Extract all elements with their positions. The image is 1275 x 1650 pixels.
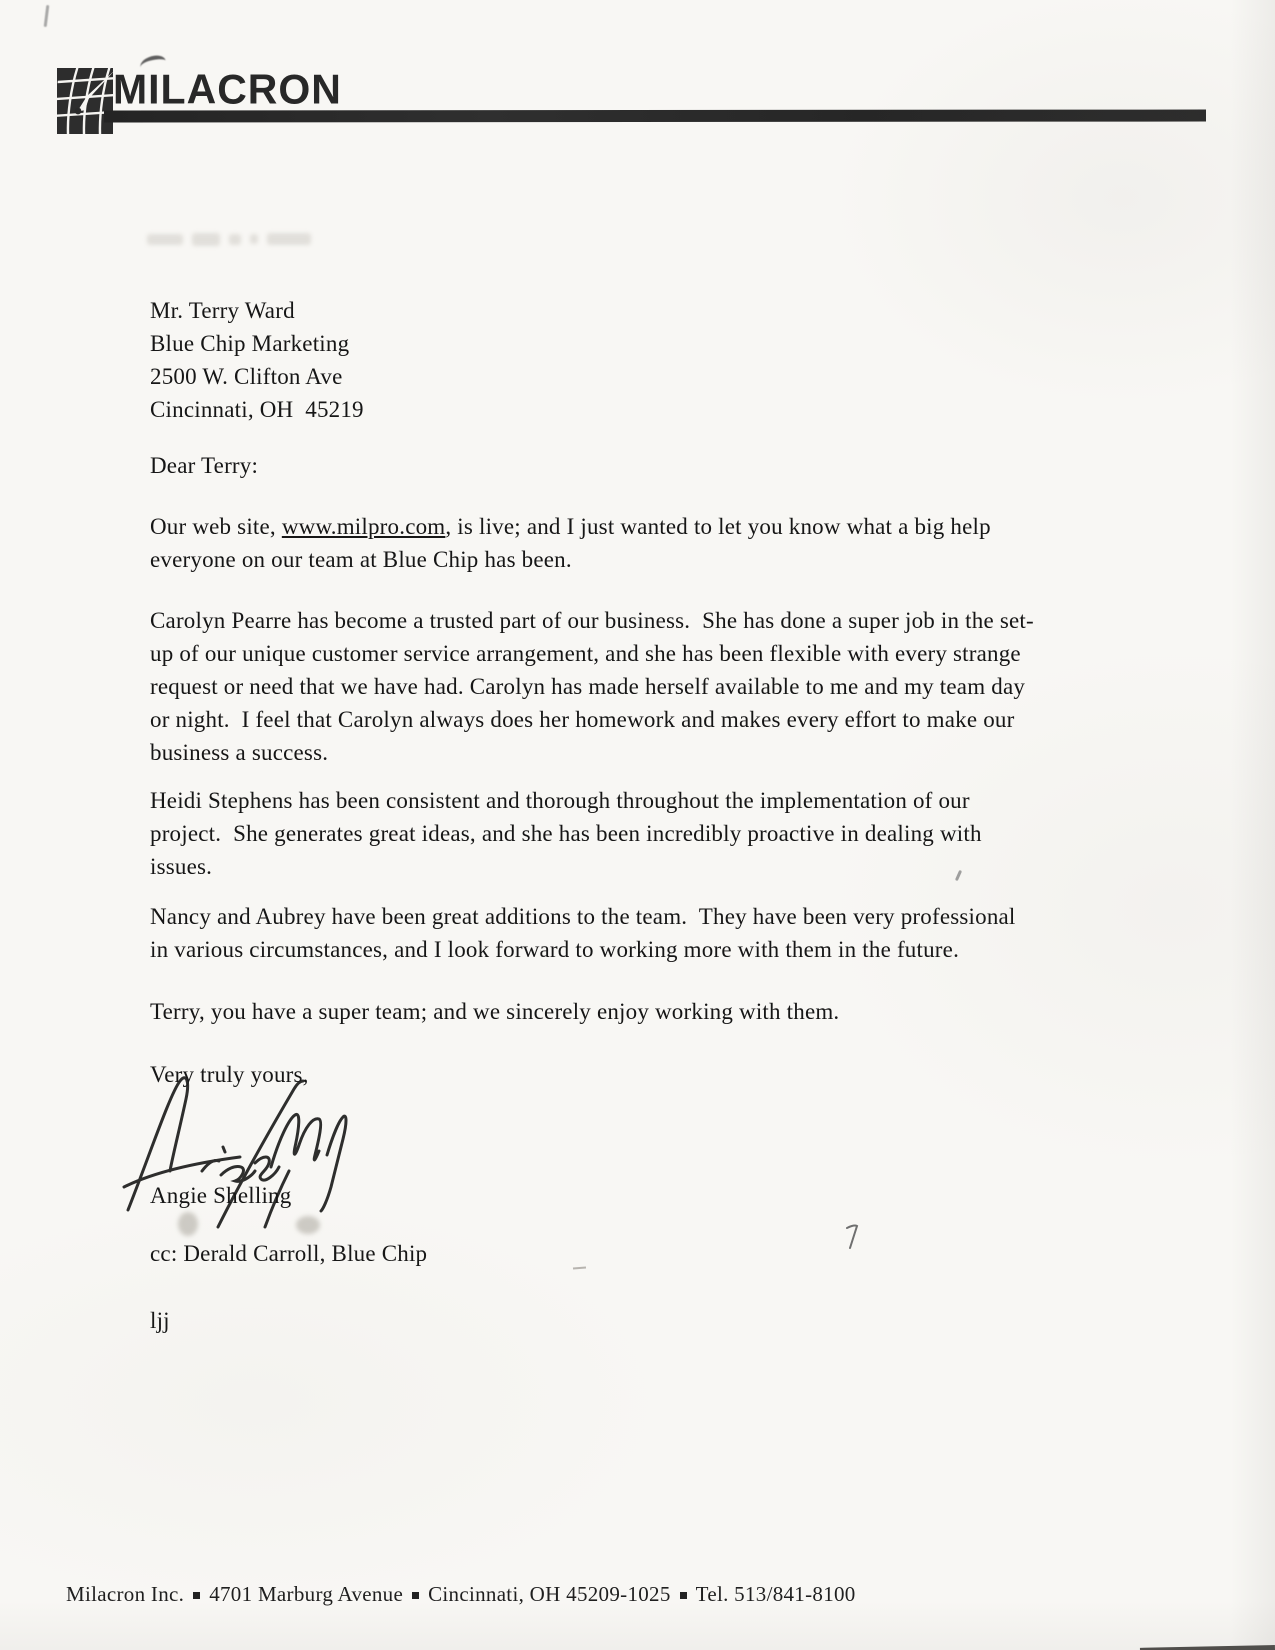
salutation: Dear Terry: (150, 449, 258, 482)
scan-edge-shadow (1140, 1645, 1275, 1650)
footer-phone: Tel. 513/841-8100 (696, 1582, 856, 1606)
smudge (296, 1216, 320, 1234)
stray-pen-mark (845, 1224, 861, 1255)
scanned-letter-page: MILACRON Mr. Terry Ward Blue Chip Market… (0, 0, 1275, 1650)
cc-line: cc: Derald Carroll, Blue Chip (150, 1237, 427, 1270)
p1-line2: everyone on our team at Blue Chip has be… (150, 547, 572, 572)
brand-wordmark: MILACRON (113, 66, 342, 114)
p1-prefix: Our web site, (150, 514, 282, 539)
footer-company: Milacron Inc. (66, 1582, 184, 1606)
globe-grid-icon (57, 68, 113, 139)
footer-street: 4701 Marburg Avenue (209, 1582, 403, 1606)
letterhead-rule (104, 110, 1206, 123)
paragraph-web-site: Our web site, www.milpro.com, is live; a… (150, 510, 991, 576)
scan-scratch-mark (44, 5, 50, 27)
recipient-address: Mr. Terry Ward Blue Chip Marketing 2500 … (150, 294, 364, 426)
stray-dash-mark (573, 1267, 586, 1270)
faded-date-smudge (147, 230, 320, 252)
paragraph-super-team: Terry, you have a super team; and we sin… (150, 995, 839, 1028)
square-bullet-icon (193, 1592, 200, 1599)
footer-city: Cincinnati, OH 45209-1025 (428, 1582, 671, 1606)
paragraph-heidi: Heidi Stephens has been consistent and t… (150, 784, 982, 883)
paragraph-nancy-aubrey: Nancy and Aubrey have been great additio… (150, 900, 1016, 966)
smudge (178, 1212, 198, 1236)
signature-name: Angie Shelling (150, 1179, 291, 1212)
square-bullet-icon (680, 1592, 687, 1599)
paragraph-carolyn: Carolyn Pearre has become a trusted part… (150, 604, 1034, 769)
typist-initials: ljj (150, 1304, 170, 1337)
footer-address-line: Milacron Inc.4701 Marburg AvenueCincinna… (66, 1582, 856, 1607)
website-url-text: www.milpro.com (282, 514, 446, 539)
p1-rest: , is live; and I just wanted to let you … (445, 514, 990, 539)
square-bullet-icon (412, 1592, 419, 1599)
